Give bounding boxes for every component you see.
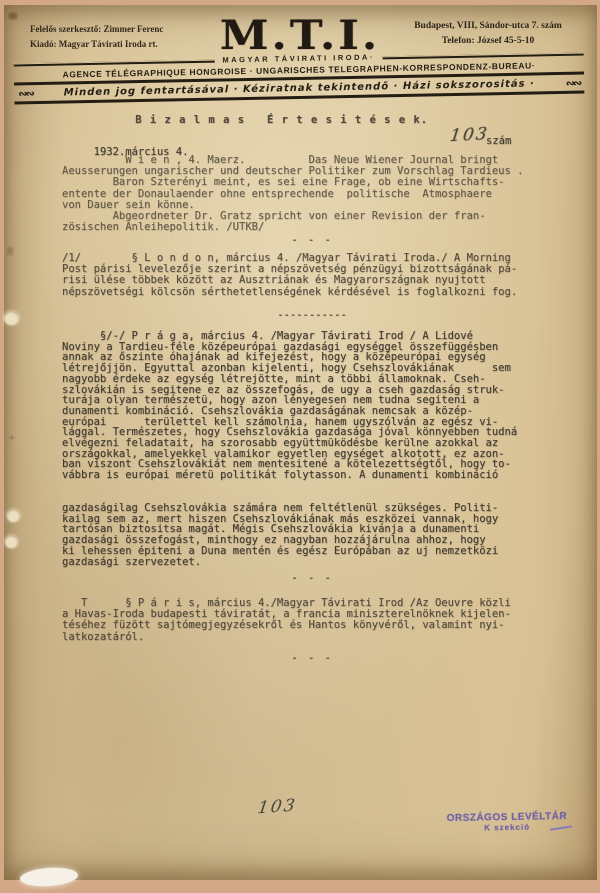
torn-corner	[19, 866, 78, 888]
separator: - - -	[62, 653, 562, 664]
address-line: Budapest, VIII, Sándor-utca 7. szám	[388, 19, 588, 34]
banner-rule-left	[14, 60, 215, 67]
separator: - - -	[62, 235, 562, 246]
banner-rule-right	[383, 53, 584, 60]
ink-smudge	[6, 246, 14, 256]
letterhead-right: Budapest, VIII, Sándor-utca 7. szám Tele…	[388, 19, 588, 49]
archive-stamp: ORSZÁGOS LEVÉLTÁR K szekció	[446, 811, 568, 833]
telephone-line: Telefon: József 45-5-10	[388, 34, 588, 49]
paragraph-praga-second: gazdaságilag Csehszlovákia számára nem f…	[62, 503, 562, 567]
paragraph-praga-first: §/-/ P r á g a, március 4. /Magyar Távir…	[62, 331, 562, 481]
page-number-handwritten: 103	[256, 796, 298, 819]
paragraph-london: /1/ § L o n d o n, március 4. /Magyar Tá…	[62, 253, 562, 298]
issue-number-label: szám	[486, 136, 511, 147]
separator: - - -	[62, 573, 562, 584]
agency-name-hu: MAGYAR TÁVIRATI IRODA·	[214, 52, 383, 64]
punch-hole	[5, 535, 18, 548]
scroll-ornament-icon: ∾∾	[562, 77, 585, 90]
punch-hole	[4, 311, 19, 325]
ink-smudge	[8, 12, 18, 20]
scroll-ornament-icon: ∾∾	[14, 87, 37, 100]
paragraph-wien: W i e n , 4. Maerz. Das Neue Wiener Jour…	[62, 155, 562, 233]
bulletin-body: B i z a l m a s É r t e s i t é s e k. 1…	[62, 112, 562, 692]
punch-hole	[7, 509, 20, 522]
separator: -----------	[62, 310, 562, 321]
scanned-document-page: { "letterhead": { "editor": "Felelős sze…	[0, 0, 600, 893]
paragraph-paris: T § P á r i s, március 4./Magyar Távirat…	[62, 598, 562, 643]
issue-number-handwritten: 103	[449, 129, 489, 142]
